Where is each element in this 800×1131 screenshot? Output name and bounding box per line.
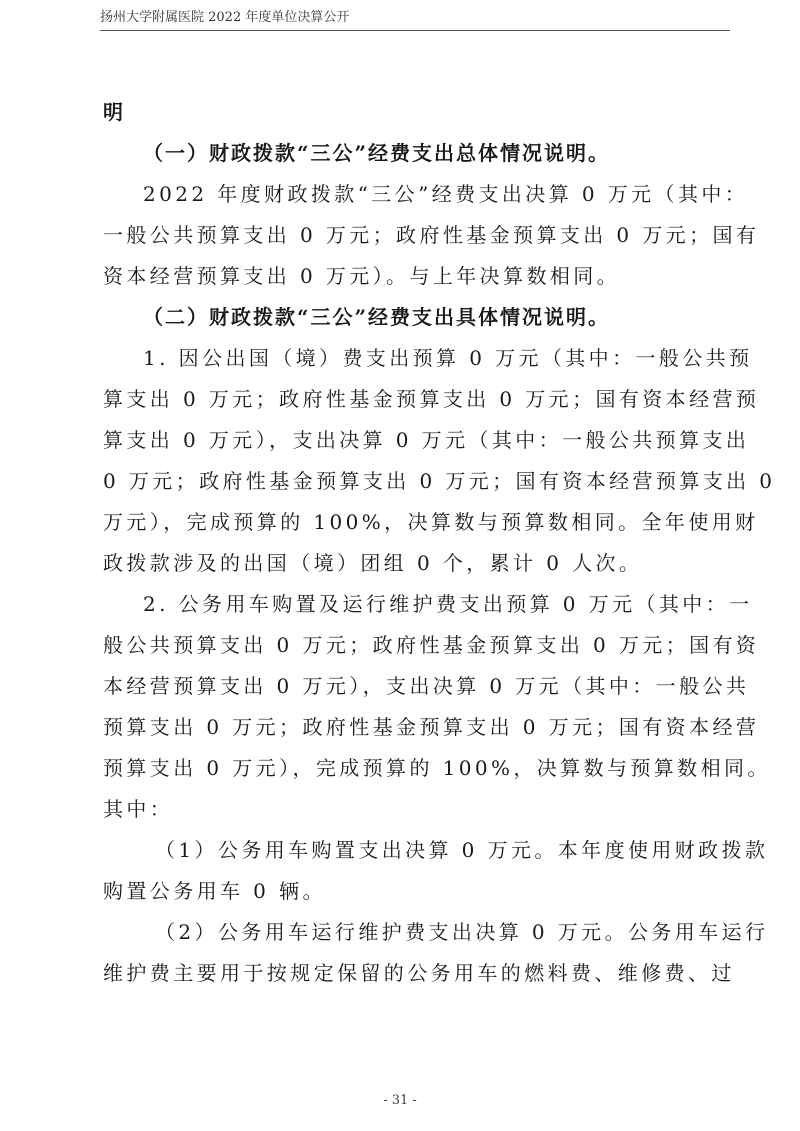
text-line: 2. 公务用车购置及运行维护费支出预算 0 万元（其中：一 [103, 584, 700, 625]
section-heading: （二）财政拨款“三公”经费支出具体情况说明。 [103, 297, 700, 338]
text-line: （2）公务用车运行维护费支出决算 0 万元。公务用车运行 [103, 912, 700, 953]
text-line: 算支出 0 万元），支出决算 0 万元（其中：一般公共预算支出 [103, 420, 700, 461]
document-body: 明 （一）财政拨款“三公”经费支出总体情况说明。 2022 年度财政拨款“三公”… [103, 92, 700, 994]
text-line: 般公共预算支出 0 万元；政府性基金预算支出 0 万元；国有资 [103, 625, 700, 666]
page-header: 扬州大学附属医院 2022 年度单位决算公开 [100, 8, 730, 31]
text-line: 预算支出 0 万元），完成预算的 100%，决算数与预算数相同。 [103, 748, 700, 789]
text-line: 算支出 0 万元；政府性基金预算支出 0 万元；国有资本经营预 [103, 379, 700, 420]
page-number: - 31 - [0, 1093, 800, 1108]
text-line: 预算支出 0 万元；政府性基金预算支出 0 万元；国有资本经营 [103, 707, 700, 748]
text-line: 明 [103, 92, 700, 133]
text-line: 其中： [103, 789, 700, 830]
text-line: 本经营预算支出 0 万元），支出决算 0 万元（其中：一般公共 [103, 666, 700, 707]
text-line: 维护费主要用于按规定保留的公务用车的燃料费、维修费、过 [103, 953, 700, 994]
text-line: 1. 因公出国（境）费支出预算 0 万元（其中：一般公共预 [103, 338, 700, 379]
text-line: 资本经营预算支出 0 万元）。与上年决算数相同。 [103, 256, 700, 297]
text-line: 万元），完成预算的 100%，决算数与预算数相同。全年使用财 [103, 502, 700, 543]
header-title: 扬州大学附属医院 2022 年度单位决算公开 [100, 10, 349, 25]
section-heading: （一）财政拨款“三公”经费支出总体情况说明。 [103, 133, 700, 174]
text-line: 购置公务用车 0 辆。 [103, 871, 700, 912]
text-line: 2022 年度财政拨款“三公”经费支出决算 0 万元（其中： [103, 174, 700, 215]
text-line: 0 万元；政府性基金预算支出 0 万元；国有资本经营预算支出 0 [103, 461, 700, 502]
text-line: 一般公共预算支出 0 万元；政府性基金预算支出 0 万元；国有 [103, 215, 700, 256]
text-line: （1）公务用车购置支出决算 0 万元。本年度使用财政拨款 [103, 830, 700, 871]
text-line: 政拨款涉及的出国（境）团组 0 个，累计 0 人次。 [103, 543, 700, 584]
